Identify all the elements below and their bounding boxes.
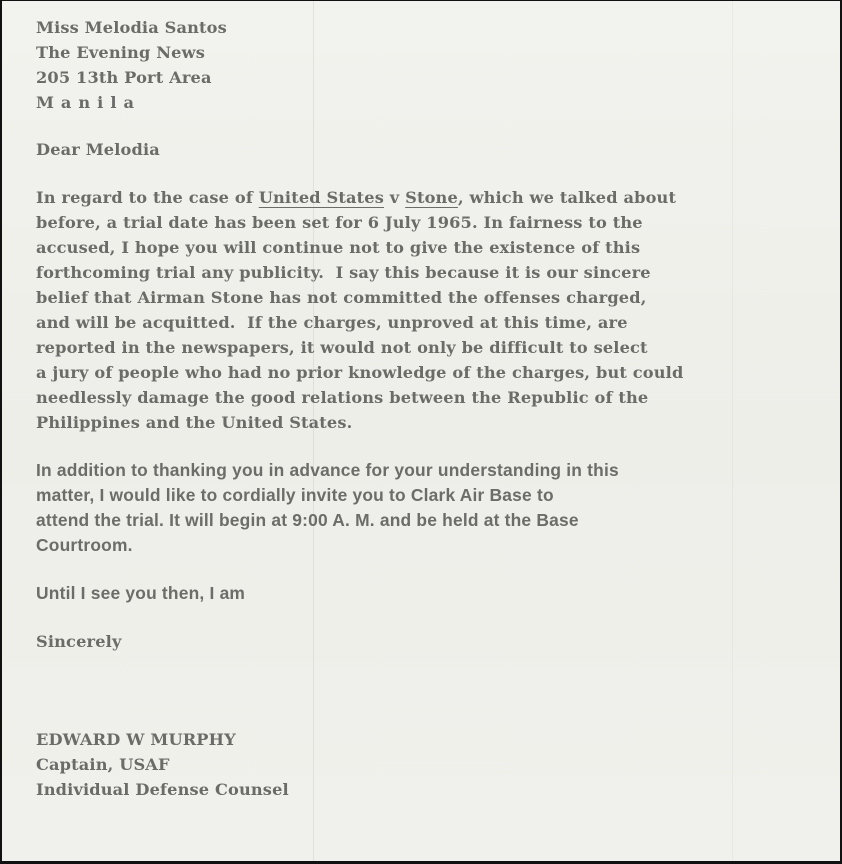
letter-body: Miss Melodia Santos The Evening News 205…: [36, 15, 826, 802]
case-name-plaintiff: United States: [259, 188, 384, 207]
paragraph-1-line: reported in the newspapers, it would not…: [36, 335, 826, 360]
paragraph-2-line: Courtroom.: [36, 533, 826, 558]
closing-line: Until I see you then, I am: [36, 581, 826, 606]
paragraph-1-line: and will be acquitted. If the charges, u…: [36, 310, 826, 335]
recipient-street: 205 13th Port Area: [36, 65, 826, 90]
signer-rank: Captain, USAF: [36, 752, 826, 777]
signer-name: EDWARD W MURPHY: [36, 727, 826, 752]
signer-title: Individual Defense Counsel: [36, 777, 826, 802]
paragraph-1: In regard to the case of United States v…: [36, 185, 826, 435]
paragraph-1-line: before, a trial date has been set for 6 …: [36, 210, 826, 235]
paragraph-2: In addition to thanking you in advance f…: [36, 458, 826, 558]
letter-page: Miss Melodia Santos The Evening News 205…: [2, 1, 840, 861]
salutation: Dear Melodia: [36, 137, 826, 162]
paragraph-2-line: matter, I would like to cordially invite…: [36, 483, 826, 508]
paragraph-1-line: Philippines and the United States.: [36, 410, 826, 435]
recipient-address-block: Miss Melodia Santos The Evening News 205…: [36, 15, 826, 115]
recipient-name: Miss Melodia Santos: [36, 15, 826, 40]
recipient-city: Manila: [36, 90, 826, 115]
complimentary-close: Sincerely: [36, 629, 826, 654]
case-name-defendant: Stone: [405, 188, 458, 207]
text-run: In regard to the case of: [36, 188, 259, 207]
paragraph-2-line: attend the trial. It will begin at 9:00 …: [36, 508, 826, 533]
text-run: v: [384, 188, 405, 207]
paragraph-1-line: needlessly damage the good relations bet…: [36, 385, 826, 410]
paragraph-1-line: forthcoming trial any publicity. I say t…: [36, 260, 826, 285]
paragraph-1-line: accused, I hope you will continue not to…: [36, 235, 826, 260]
paragraph-1-line: belief that Airman Stone has not committ…: [36, 285, 826, 310]
paragraph-1-line: In regard to the case of United States v…: [36, 185, 826, 210]
paragraph-1-line: a jury of people who had no prior knowle…: [36, 360, 826, 385]
signature-block: EDWARD W MURPHY Captain, USAF Individual…: [36, 727, 826, 802]
recipient-organization: The Evening News: [36, 40, 826, 65]
text-run: , which we talked about: [458, 188, 676, 207]
paragraph-2-line: In addition to thanking you in advance f…: [36, 458, 826, 483]
